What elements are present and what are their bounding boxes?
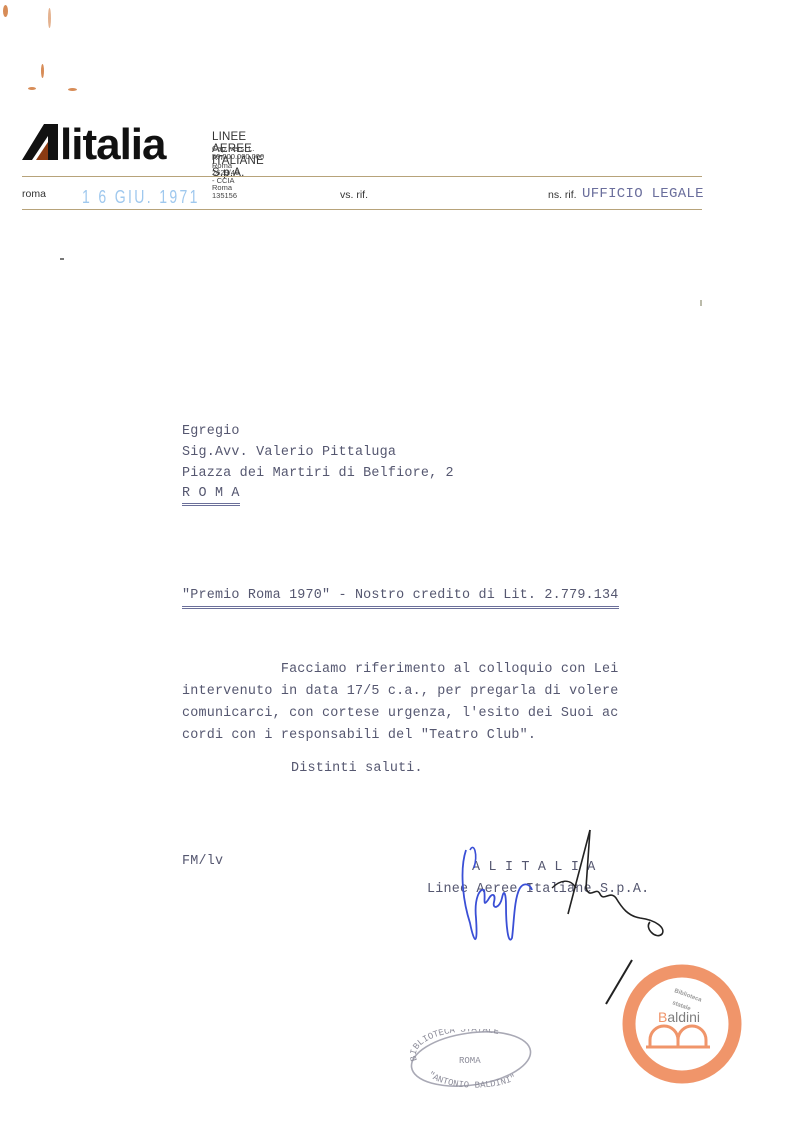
recipient-salutation: Egregio — [182, 421, 240, 443]
body-line: comunicarci, con cortese urgenza, l'esit… — [182, 703, 619, 725]
rust-stain — [48, 8, 51, 28]
svg-text:litalia: litalia — [60, 122, 167, 162]
recipient-city: R O M A — [182, 484, 240, 506]
closing: Distinti saluti. — [291, 758, 423, 780]
typist-initials: FM/lv — [182, 851, 223, 873]
subject-line: "Premio Roma 1970" - Nostro credito di L… — [182, 586, 619, 609]
office-stamp: UFFICIO LEGALE — [582, 186, 704, 202]
speck — [60, 258, 64, 260]
recipient-street: Piazza dei Martiri di Belfiore, 2 — [182, 463, 454, 485]
place-label: roma — [22, 188, 46, 200]
body-line: cordi con i responsabili del "Teatro Clu… — [182, 725, 536, 747]
divider — [22, 176, 702, 177]
our-ref-label: ns. rif. — [548, 189, 577, 201]
library-stamp-icon: BIBLIOTECA STATALE ROMA "ANTONIO BALDINI… — [407, 1029, 537, 1091]
rust-stain — [41, 64, 44, 78]
body-line: intervenuto in data 17/5 c.a., per prega… — [182, 681, 619, 703]
alitalia-logo-icon: litalia — [22, 122, 202, 162]
handwritten-signature-icon — [440, 828, 700, 958]
svg-text:"ANTONIO BALDINI": "ANTONIO BALDINI" — [426, 1070, 518, 1091]
svg-text:Baldini: Baldini — [658, 1009, 700, 1025]
svg-text:BIBLIOTECA STATALE: BIBLIOTECA STATALE — [409, 1029, 500, 1062]
body-line: Facciamo riferimento al colloquio con Le… — [182, 659, 619, 681]
baldini-library-logo-icon: Biblioteca statale Baldini — [620, 962, 744, 1086]
date-stamp: 1 6 GIU. 1971 — [82, 187, 200, 208]
rust-stain — [68, 88, 77, 91]
divider — [22, 209, 702, 210]
your-ref-label: vs. rif. — [340, 189, 368, 201]
rust-stain — [28, 87, 36, 90]
recipient-name: Sig.Avv. Valerio Pittaluga — [182, 442, 396, 464]
svg-text:ROMA: ROMA — [459, 1056, 481, 1066]
rust-stain — [3, 5, 8, 17]
speck — [700, 300, 702, 306]
